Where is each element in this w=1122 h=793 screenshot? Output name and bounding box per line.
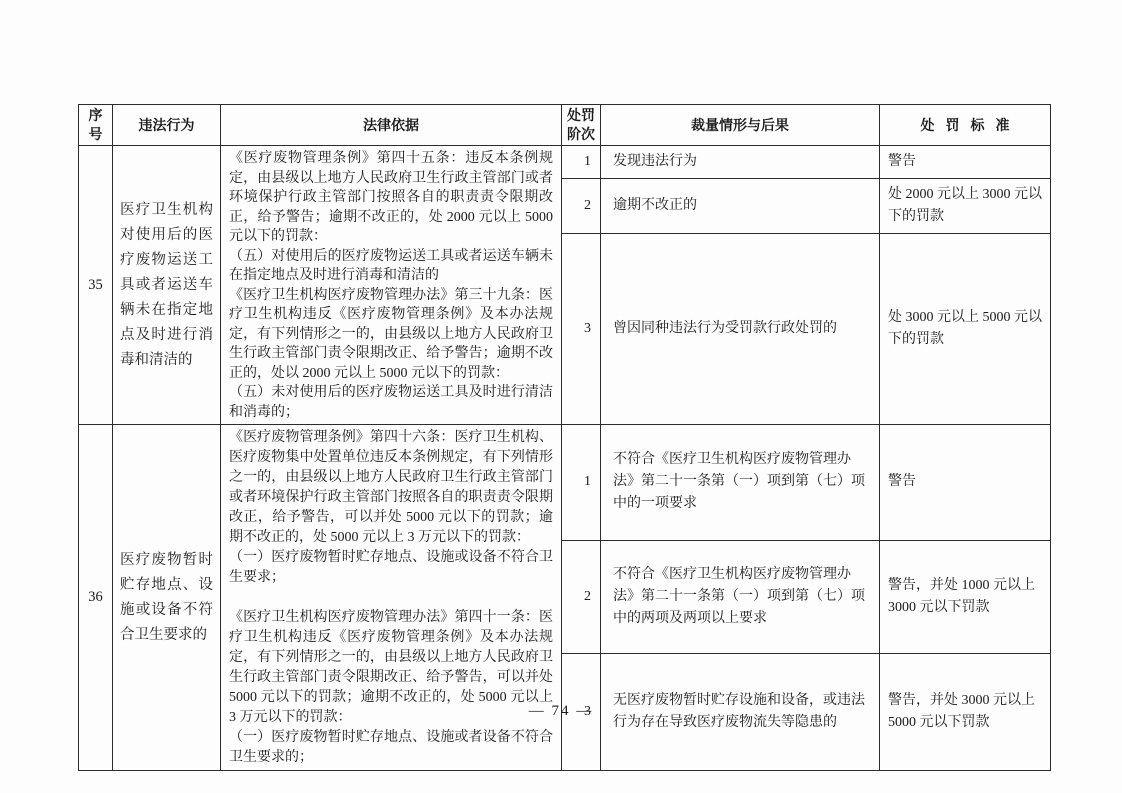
row35-stage3-circumstance: 曾因同种违法行为受罚款行政处罚的 bbox=[601, 234, 880, 425]
penalty-discretion-table: 序号 违法行为 法律依据 处罚阶次 裁量情形与后果 处罚标准 35 医疗卫生机构… bbox=[78, 104, 1051, 771]
row35-stage3-number: 3 bbox=[562, 234, 601, 425]
row36-stage2-number: 2 bbox=[562, 540, 601, 653]
row35-stage1-circumstance: 发现违法行为 bbox=[601, 146, 880, 179]
row36-stage2-circumstance: 不符合《医疗卫生机构医疗废物管理办法》第二十一条第（一）项到第（七）项中的两项及… bbox=[601, 540, 880, 653]
legal-paragraph: （一）医疗废物暂时贮存地点、设施或者设备不符合卫生要求的； bbox=[229, 728, 553, 768]
header-legal-basis: 法律依据 bbox=[221, 105, 562, 146]
row35-stage1-number: 1 bbox=[562, 146, 601, 179]
page-number: — 74 — bbox=[0, 703, 1122, 720]
row35-stage2-number: 2 bbox=[562, 178, 601, 234]
header-penalty-standard: 处罚标准 bbox=[880, 105, 1051, 146]
row35-stage1-standard: 警告 bbox=[880, 146, 1051, 179]
table-row: 36 医疗废物暂时贮存地点、设施或设备不符合卫生要求的 《医疗废物管理条例》第四… bbox=[79, 425, 1051, 541]
table-header-row: 序号 违法行为 法律依据 处罚阶次 裁量情形与后果 处罚标准 bbox=[79, 105, 1051, 146]
document-page: 序号 违法行为 法律依据 处罚阶次 裁量情形与后果 处罚标准 35 医疗卫生机构… bbox=[0, 0, 1122, 793]
row35-stage2-circumstance: 逾期不改正的 bbox=[601, 178, 880, 234]
row35-violation: 医疗卫生机构对使用后的医疗废物运送工具或者运送车辆未在指定地点及时进行消毒和清洁… bbox=[113, 146, 221, 425]
row35-serial-number: 35 bbox=[79, 146, 113, 425]
header-serial-number: 序号 bbox=[79, 105, 113, 146]
row36-stage1-standard: 警告 bbox=[880, 425, 1051, 541]
legal-paragraph: 《医疗废物管理条例》第四十五条：违反本条例规定，由县级以上地方人民政府卫生行政主… bbox=[229, 149, 553, 247]
legal-paragraph: （五）未对使用后的医疗废物运送工具及时进行清洁和消毒的； bbox=[229, 383, 553, 422]
header-penalty-stage: 处罚阶次 bbox=[562, 105, 601, 146]
header-circumstance: 裁量情形与后果 bbox=[601, 105, 880, 146]
table-row: 35 医疗卫生机构对使用后的医疗废物运送工具或者运送车辆未在指定地点及时进行消毒… bbox=[79, 146, 1051, 179]
legal-paragraph: （一）医疗废物暂时贮存地点、设施或设备不符合卫生要求； bbox=[229, 548, 553, 588]
row35-stage2-standard: 处 2000 元以上 3000 元以下的罚款 bbox=[880, 178, 1051, 234]
legal-paragraph: 《医疗卫生机构医疗废物管理办法》第三十九条：医疗卫生机构违反《医疗废物管理条例》… bbox=[229, 286, 553, 384]
row35-stage3-standard: 处 3000 元以上 5000 元以下的罚款 bbox=[880, 234, 1051, 425]
header-violation: 违法行为 bbox=[113, 105, 221, 146]
paragraph-spacer bbox=[229, 588, 553, 608]
row36-stage1-number: 1 bbox=[562, 425, 601, 541]
row35-legal-basis: 《医疗废物管理条例》第四十五条：违反本条例规定，由县级以上地方人民政府卫生行政主… bbox=[221, 146, 562, 425]
row36-stage2-standard: 警告，并处 1000 元以上 3000 元以下罚款 bbox=[880, 540, 1051, 653]
legal-paragraph: 《医疗废物管理条例》第四十六条：医疗卫生机构、医疗废物集中处置单位违反本条例规定… bbox=[229, 428, 553, 548]
legal-paragraph: （五）对使用后的医疗废物运送工具或者运送车辆未在指定地点及时进行消毒和清洁的 bbox=[229, 247, 553, 286]
row36-stage1-circumstance: 不符合《医疗卫生机构医疗废物管理办法》第二十一条第（一）项到第（七）项中的一项要… bbox=[601, 425, 880, 541]
